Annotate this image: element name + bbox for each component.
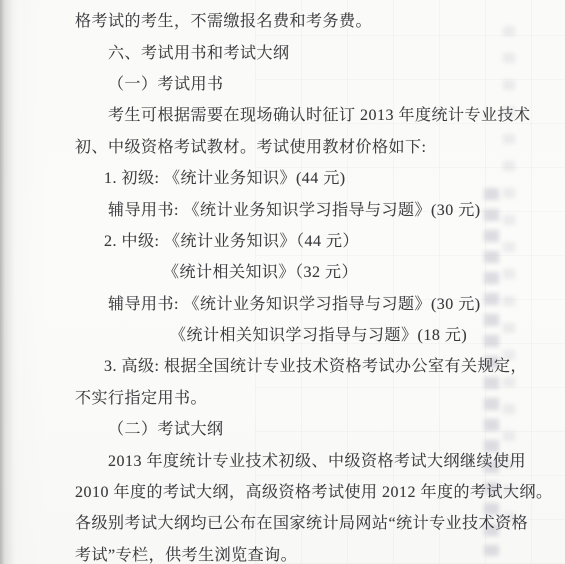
text-line: 不实行指定用书。 — [0, 381, 565, 412]
text-line: 考生可根据需要在现场确认时征订 2013 年度统计专业技术 — [0, 98, 565, 129]
text-line: 辅导用书: 《统计业务知识学习指导与习题》(30 元) — [0, 192, 565, 223]
text-line: 辅导用书: 《统计业务知识学习指导与习题》(30 元) — [0, 287, 565, 318]
list-item: 1. 初级: 《统计业务知识》(44 元) — [0, 161, 565, 192]
section-heading: 六、考试用书和考试大纲 — [0, 35, 565, 66]
scanned-document-page: 格考试的考生，不需缴报名费和考务费。 六、考试用书和考试大纲 （一）考试用书 考… — [0, 0, 565, 564]
text-line: 2013 年度统计专业技术初级、中级资格考试大纲继续使用 — [0, 443, 565, 474]
text-line: 考试”专栏，供考生浏览查询。 — [0, 538, 565, 564]
subsection-heading: （一）考试用书 — [0, 67, 565, 98]
text-line: 初、中级资格考试教材。考试使用教材价格如下: — [0, 130, 565, 161]
text-line: 《统计相关知识学习指导与习题》(18 元) — [0, 318, 565, 349]
list-item: 2. 中级: 《统计业务知识》（44 元） — [0, 224, 565, 255]
subsection-heading: （二）考试大纲 — [0, 412, 565, 443]
text-line: 《统计相关知识》（32 元） — [0, 255, 565, 286]
list-item: 3. 高级: 根据全国统计专业技术资格考试办公室有关规定， — [0, 349, 565, 380]
text-line: 2010 年度的考试大纲，高级资格考试使用 2012 年度的考试大纲。 — [0, 475, 565, 506]
document-body: 格考试的考生，不需缴报名费和考务费。 六、考试用书和考试大纲 （一）考试用书 考… — [0, 4, 565, 564]
text-line: 格考试的考生，不需缴报名费和考务费。 — [0, 4, 565, 35]
text-line: 各级别考试大纲均已公布在国家统计局网站“统计专业技术资格 — [0, 506, 565, 537]
